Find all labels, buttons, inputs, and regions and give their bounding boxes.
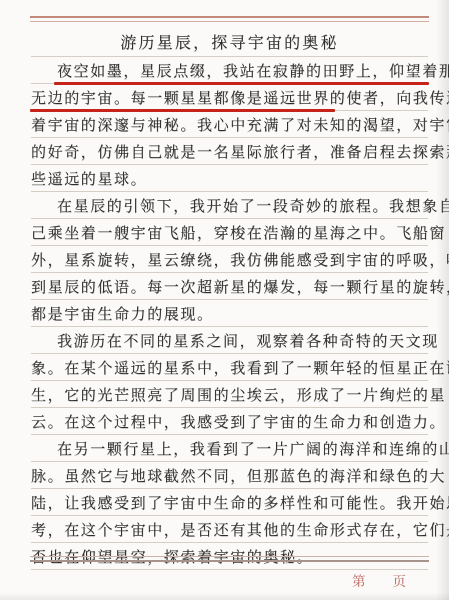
essay-line: 己乘坐着一艘宇宙飞船，穿梭在浩瀚的星海之中。飞船窗 (31, 219, 428, 246)
essay-line-text: 陆，让我感受到了宇宙中生命的多样性和可能性。我开始思 (31, 496, 449, 515)
essay-line: 考，在这个宇宙中，是否还有其他的生命形式存在，它们是 (31, 516, 428, 543)
essay-line: 在星辰的引领下，我开始了一段奇妙的旅程。我想象自 (31, 192, 428, 219)
essay-line-text: 的好奇，仿佛自己就是一名星际旅行者，准备启程去探索那 (31, 145, 449, 164)
essay-line-text: 夜空如墨，星辰点缀，我站在寂静的田野上，仰望着那 (31, 64, 449, 83)
page-footer: 第 页 (352, 570, 407, 590)
bottom-double-rule (30, 556, 429, 562)
essay-line: 些遥远的星球。 (31, 165, 428, 192)
essay-line: 生，它的光芒照亮了周围的尘埃云，形成了一片绚烂的星 (31, 381, 428, 408)
page-footer-prefix: 第 (352, 570, 367, 590)
essay-line: 无边的宇宙。每一颗星星都像是遥远世界的使者，向我传递 (31, 84, 428, 111)
essay-line-text: 考，在这个宇宙中，是否还有其他的生命形式存在，它们是 (31, 523, 449, 542)
essay-line: 陆，让我感受到了宇宙中生命的多样性和可能性。我开始思 (31, 489, 428, 516)
essay-line: 象。在某个遥远的星系中，我看到了一颗年轻的恒星正在诞 (31, 354, 428, 381)
essay-line: 夜空如墨，星辰点缀，我站在寂静的田野上，仰望着那 (31, 57, 428, 84)
essay-line: 到星辰的低语。每一次超新星的爆发，每一颗行星的旋转， (31, 273, 428, 300)
teacher-underline-mark (30, 109, 335, 112)
essay-line-text: 生，它的光芒照亮了周围的尘埃云，形成了一片绚烂的星 (31, 388, 446, 407)
essay-title-row: 游历星辰，探寻宇宙的奥秘 (31, 30, 428, 57)
essay-line: 云。在这个过程中，我感受到了宇宙的生命力和创造力。 (31, 408, 428, 435)
handwritten-essay-page: 游历星辰，探寻宇宙的奥秘 夜空如墨，星辰点缀，我站在寂静的田野上，仰望着那 无边… (0, 0, 449, 600)
essay-line: 脉。虽然它与地球截然不同，但那蓝色的海洋和绿色的大 (31, 462, 428, 489)
top-double-rule (30, 16, 429, 22)
essay-line-text: 在星辰的引领下，我开始了一段奇妙的旅程。我想象自 (31, 199, 449, 218)
essay-line: 我游历在不同的星系之间，观察着各种奇特的天文现 (31, 327, 428, 354)
page-footer-suffix: 页 (393, 570, 408, 590)
essay-line-text: 着宇宙的深邃与神秘。我心中充满了对未知的渴望，对宇宙 (31, 118, 449, 137)
ruled-writing-area: 游历星辰，探寻宇宙的奥秘 夜空如墨，星辰点缀，我站在寂静的田野上，仰望着那 无边… (31, 30, 428, 570)
essay-line-text: 我游历在不同的星系之间，观察着各种奇特的天文现 (31, 334, 439, 353)
essay-line-text: 都是宇宙生命力的展现。 (31, 307, 214, 326)
essay-title: 游历星辰，探寻宇宙的奥秘 (120, 35, 338, 56)
essay-line-text: 己乘坐着一艘宇宙飞船，穿梭在浩瀚的星海之中。飞船窗 (31, 226, 446, 245)
teacher-underline-mark (54, 82, 429, 85)
essay-line: 外，星系旋转，星云缭绕，我仿佛能感受到宇宙的呼吸，听 (31, 246, 428, 273)
essay-line-text: 象。在某个遥远的星系中，我看到了一颗年轻的恒星正在诞 (31, 361, 449, 380)
essay-line-text: 在另一颗行星上，我看到了一片广阔的海洋和连绵的山 (31, 442, 449, 461)
photo-edge-shadow-bottom (0, 592, 449, 600)
essay-line-text: 外，星系旋转，星云缭绕，我仿佛能感受到宇宙的呼吸，听 (31, 253, 449, 272)
essay-line-text: 无边的宇宙。每一颗星星都像是遥远世界的使者，向我传递 (31, 91, 449, 110)
essay-line-text: 云。在这个过程中，我感受到了宇宙的生命力和创造力。 (31, 415, 446, 434)
essay-line: 在另一颗行星上，我看到了一片广阔的海洋和连绵的山 (31, 435, 428, 462)
essay-line: 着宇宙的深邃与神秘。我心中充满了对未知的渴望，对宇宙 (31, 111, 428, 138)
essay-line-text: 些遥远的星球。 (31, 172, 147, 191)
essay-line: 的好奇，仿佛自己就是一名星际旅行者，准备启程去探索那 (31, 138, 428, 165)
essay-line: 都是宇宙生命力的展现。 (31, 300, 428, 327)
essay-line-text: 到星辰的低语。每一次超新星的爆发，每一颗行星的旋转， (31, 280, 449, 299)
essay-line-text: 脉。虽然它与地球截然不同，但那蓝色的海洋和绿色的大 (31, 469, 446, 488)
